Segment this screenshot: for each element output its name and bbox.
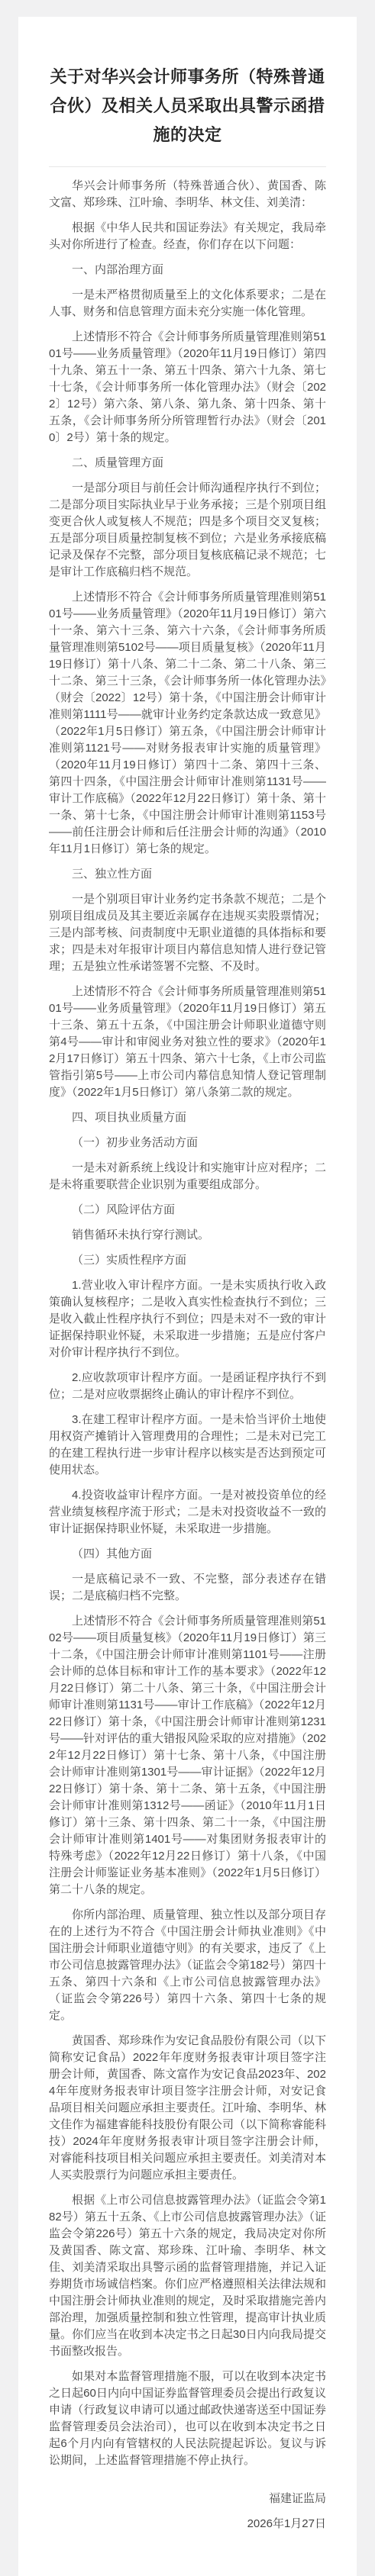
body-paragraph: 1.营业收入审计程序方面。一是未实质执行收入政策确认复核程序；二是收入真实性检查… [49, 1277, 326, 1361]
body-paragraph: 一是未严格贯彻质量至上的文化体系要求；二是在人事、财务和信息管理方面未充分实施一… [49, 287, 326, 320]
document-body: 华兴会计师事务所（特殊普通合伙）、黄国香、陈文富、郑珍珠、江叶瑜、李明华、林文佳… [49, 178, 326, 2533]
subsection-heading-substantive-procedures: （三）实质性程序方面 [49, 1252, 326, 1269]
appeal-rights-paragraph: 如果对本监督管理措施不服，可以在收到本决定书之日起60日内向中国证券监督管理委员… [49, 2368, 326, 2469]
section-heading-project-quality: 四、项目执业质量方面 [49, 1109, 326, 1126]
body-paragraph: 4.投资收益审计程序方面。一是对被投资单位的经营业绩复核程序流于形式；二是未对投… [49, 1487, 326, 1538]
body-paragraph: 3.在建工程审计程序方面。一是未恰当评价土地使用权资产摊销计入管理费用的合理性；… [49, 1412, 326, 1479]
subsection-heading-other: （四）其他方面 [49, 1546, 326, 1563]
body-paragraph: 上述情形不符合《会计师事务所质量管理准则第5101号——业务质量管理》（2020… [49, 589, 326, 858]
document-date: 2026年1月27日 [49, 2516, 326, 2533]
body-paragraph: 一是个别项目审计业务约定书条款不规范；二是个别项目组成员及其主要近亲属存在违规买… [49, 891, 326, 975]
section-heading-internal-governance: 一、内部治理方面 [49, 262, 326, 279]
issuing-authority-signature: 福建证监局 [49, 2491, 326, 2507]
document-title: 关于对华兴会计师事务所（特殊普通合伙）及相关人员采取出具警示函措施的决定 [49, 63, 326, 150]
body-paragraph: 销售循环未执行穿行测试。 [49, 1227, 326, 1244]
section-heading-independence: 三、独立性方面 [49, 866, 326, 883]
section-heading-quality-management: 二、质量管理方面 [49, 455, 326, 472]
body-paragraph: 一是底稿记录不一致、不完整，部分表述存在错误；二是底稿归档不完整。 [49, 1571, 326, 1605]
body-paragraph: 上述情形不符合《会计师事务所质量管理准则第5102号——项目质量复核》（2020… [49, 1613, 326, 1898]
salutation-paragraph: 华兴会计师事务所（特殊普通合伙）、黄国香、陈文富、郑珍珠、江叶瑜、李明华、林文佳… [49, 178, 326, 211]
responsibility-paragraph: 黄国香、郑珍珠作为安记食品股份有限公司（以下简称安记食品）2022年年度财务报表… [49, 2033, 326, 2184]
subsection-heading-preliminary-activities: （一）初步业务活动方面 [49, 1135, 326, 1151]
body-paragraph: 一是未对新系统上线设计和实施审计应对程序；二是未将重要联营企业识别为重要组成部分… [49, 1160, 326, 1193]
subsection-heading-risk-assessment: （二）风险评估方面 [49, 1202, 326, 1219]
body-paragraph: 2.应收款项审计程序方面。一是函证程序执行不到位；二是对应收票据终止确认的审计程… [49, 1370, 326, 1403]
body-paragraph: 上述情形不符合《会计师事务所质量管理准则第5101号——业务质量管理》（2020… [49, 329, 326, 446]
decision-paragraph: 根据《上市公司信息披露管理办法》（证监会令第182号）第五十五条、《上市公司信息… [49, 2192, 326, 2360]
body-paragraph: 上述情形不符合《会计师事务所质量管理准则第5101号——业务质量管理》（2020… [49, 984, 326, 1101]
document-card: 关于对华兴会计师事务所（特殊普通合伙）及相关人员采取出具警示函措施的决定 华兴会… [18, 17, 357, 2576]
body-paragraph: 一是部分项目与前任会计师沟通程序执行不到位；二是部分项目实际执业早于业务承接；三… [49, 480, 326, 581]
body-paragraph: 你所内部治理、质量管理、独立性以及部分项目存在的上述行为不符合《中国注册会计师执… [49, 1907, 326, 2024]
intro-paragraph: 根据《中华人民共和国证券法》有关规定，我局牵头对你所进行了检查。经查，你们存在以… [49, 220, 326, 253]
title-divider [49, 166, 326, 167]
